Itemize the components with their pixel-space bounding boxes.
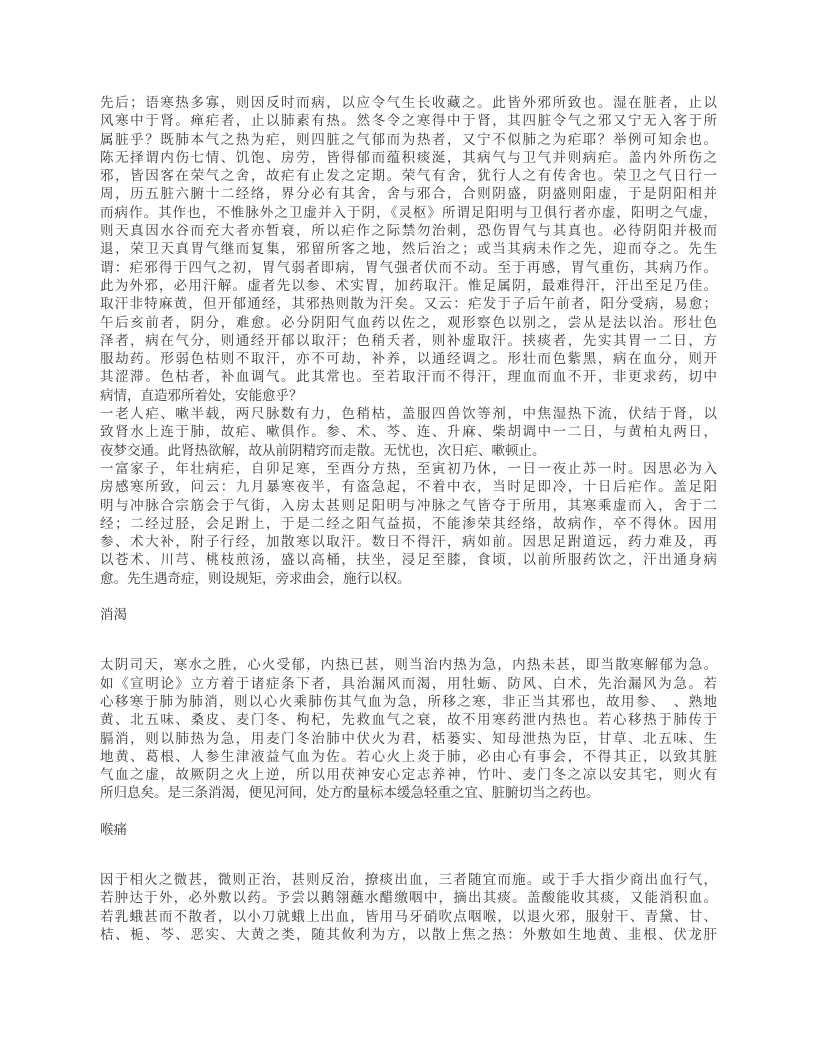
text-line: 若乳蛾甚而不散者，以小刀就蛾上出血，皆用马牙硝吹点咽喉，以退火邪，服射干、青黛、… [100, 908, 717, 926]
text-line: 陈无择谓内伤七情、饥饱、房劳，皆得郁而蕴积痰涎，其病气与卫气并则病疟。盖内外所伤… [100, 149, 717, 167]
section-heading: 消渴 [100, 606, 717, 624]
text-line: 病情，直造邪所着处，安能愈乎？ [100, 387, 717, 405]
text-line: 参、术大补，附子行经，加散寒以取汗。数日不得汗，病如前。因思足跗道远，药力难及，… [100, 533, 717, 551]
text-line: 退，荣卫天真胃气继而复集，邪留所客之地，然后治之；或当其病未作之先，迎而夺之。先… [100, 240, 717, 258]
paragraph: 太阴司天，寒水之胜，心火受郁，内热已甚，则当治内热为急，内热未甚，即当散寒解郁为… [100, 656, 717, 802]
paragraph: 一老人疟、嗽半载，两尺脉数有力，色稍枯，盖服四兽饮等剂，中焦湿热下流，伏结于肾，… [100, 405, 717, 460]
text-line: 如《宣明论》立方着于诸症条下者，具治漏风而渴，用牡蛎、防风、白术，先治漏风为急。… [100, 675, 717, 693]
document-body: 先后；语寒热多寡，则因反时而病，以应令气生长收藏之。此皆外邪所致也。湿在脏者，止… [100, 94, 717, 944]
paragraph: 先后；语寒热多寡，则因反时而病，以应令气生长收藏之。此皆外邪所致也。湿在脏者，止… [100, 94, 717, 405]
text-line: 因于相火之微甚，微则正治，甚则反治，撩痰出血，三者随宜而施。或于手大指少商出血行… [100, 871, 717, 889]
text-line: 先后；语寒热多寡，则因反时而病，以应令气生长收藏之。此皆外邪所致也。湿在脏者，止… [100, 94, 717, 112]
text-line: 所归息矣。是三条消渴，便见河间，处方酌量标本缓急轻重之宜、脏腑切当之药也。 [100, 784, 717, 802]
text-line: 桔、栀、芩、恶实、大黄之类，随其攸利为方，以散上焦之热：外敷如生地黄、韭根、伏龙… [100, 926, 717, 944]
text-line: 致肾水上连于肺，故疟、嗽俱作。参、术、芩、连、升麻、柴胡调中一二日，与黄柏丸两日… [100, 423, 717, 441]
text-line: 膈消，则以肺热为急，用麦门冬治肺中伏火为君，栝蒌实、知母泄热为臣，甘草、北五味、… [100, 730, 717, 748]
paragraph: 一富家子，年壮病疟，自卯足寒，至酉分方热，至寅初乃休，一日一夜止苏一时。因思必为… [100, 460, 717, 588]
document-page: 先后；语寒热多寡，则因反时而病，以应令气生长收藏之。此皆外邪所致也。湿在脏者，止… [0, 0, 816, 1056]
text-line: 取汗非特麻黄，但开郁通经，其邪热则散为汗矣。又云：疟发于子后午前者，阳分受病，易… [100, 295, 717, 313]
text-line: 属脏乎？既肺本气之热为疟，则四脏之气郁而为热者，又宁不似肺之为疟耶？举例可知余也… [100, 131, 717, 149]
paragraph: 因于相火之微甚，微则正治，甚则反治，撩痰出血，三者随宜而施。或于手大指少商出血行… [100, 871, 717, 944]
text-line: 风寒中于肾。瘅疟者，止以肺素有热。然冬令之寒得中于肾，其四脏令气之邪又宁无入客于… [100, 112, 717, 130]
text-line: 而病作。其作也，不惟脉外之卫虚并入于阴，《灵枢》所谓足阳明与卫俱行者亦虚，阳明之… [100, 204, 717, 222]
text-line: 午后亥前者，阴分，难愈。必分阴阳气血药以佐之，观形察色以别之，尝从是法以治。形壮… [100, 314, 717, 332]
text-line: 若肿达于外，必外敷以药。予尝以鹅翎蘸水醋缴咽中，摘出其痰。盖酸能收其痰，又能消积… [100, 889, 717, 907]
text-line: 谓：疟邪得于四气之初，胃气弱者即病，胃气强者伏而不动。至于再感，胃气重伤，其病乃… [100, 259, 717, 277]
text-line: 则天真因水谷而充大者亦暂衰，所以疟作之际禁勿治刺，恐伤胃气与其真也。必待阴阳并极… [100, 222, 717, 240]
section-heading: 喉痛 [100, 821, 717, 839]
text-line: 气血之虚，故厥阴之火上逆，所以用茯神安心定志养神，竹叶、麦门冬之凉以安其宅，则火… [100, 766, 717, 784]
text-line: 愈。先生遇奇症，则设规矩，旁求曲会，施行以权。 [100, 570, 717, 588]
text-line: 邪，皆因客在荣气之舍，故疟有止发之定期。荣气有舍，犹行人之有传舍也。荣卫之气日行… [100, 167, 717, 185]
text-line: 经；二经过胫，会足跗上，于是二经之阳气益损，不能渗荣其经络，故病作，卒不得休。因… [100, 515, 717, 533]
text-line: 此为外邪，必用汗解。虚者先以参、术实胃，加药取汗。惟足属阴，最难得汗，汗出至足乃… [100, 277, 717, 295]
text-line: 太阴司天，寒水之胜，心火受郁，内热已甚，则当治内热为急，内热未甚，即当散寒解郁为… [100, 656, 717, 674]
text-line: 以苍术、川芎、桃枝煎汤，盛以高桶，扶坐，浸足至膝，食顷，以前所服药饮之，汗出通身… [100, 551, 717, 569]
text-line: 一富家子，年壮病疟，自卯足寒，至酉分方热，至寅初乃休，一日一夜止苏一时。因思必为… [100, 460, 717, 478]
text-line: 地黄、葛根、人参生津液益气血为佐。若心火上炎于肺，必由心有事会，不得其正，以致其… [100, 748, 717, 766]
text-line: 一老人疟、嗽半载，两尺脉数有力，色稍枯，盖服四兽饮等剂，中焦湿热下流，伏结于肾，… [100, 405, 717, 423]
text-line: 服劫药。形弱色枯则不取汗，亦不可劫，补养，以通经调之。形壮而色紫黑，病在血分，则… [100, 350, 717, 368]
text-line: 夜梦交通。此肾热欲解，故从前阴精窍而走散。无忧也，次日疟、嗽顿止。 [100, 442, 717, 460]
text-line: 其涩滞。色枯者，补血调气。此其常也。至若取汗而不得汗，理血而血不开，非更求药，切… [100, 368, 717, 386]
text-line: 泽者，病在气分，则通经开郁以取汗；色稍夭者，则补虚取汗。挟痰者，先实其胃一二日，… [100, 332, 717, 350]
text-line: 心移寒于肺为肺消，则以心火乘肺伤其气血为急，所移之寒，非正当其邪也，故用参、 、… [100, 693, 717, 711]
text-line: 周，历五脏六腑十二经络，界分必有其舍，舍与邪合，合则阴盛，阴盛则阳虚，于是阴阳相… [100, 185, 717, 203]
text-line: 明与冲脉合宗筋会于气街，入房太甚则足阳明与冲脉之气皆夺于所用，其寒乘虚而入，舍于… [100, 497, 717, 515]
text-line: 黄、北五味、桑皮、麦门冬、枸杞，先救血气之衰，故不用寒药泄内热也。若心移热于肺传… [100, 711, 717, 729]
text-line: 房感寒所致，问云：九月暴寒夜半，有盗急起，不着中衣，当时足即冷，十日后疟作。盖足… [100, 478, 717, 496]
